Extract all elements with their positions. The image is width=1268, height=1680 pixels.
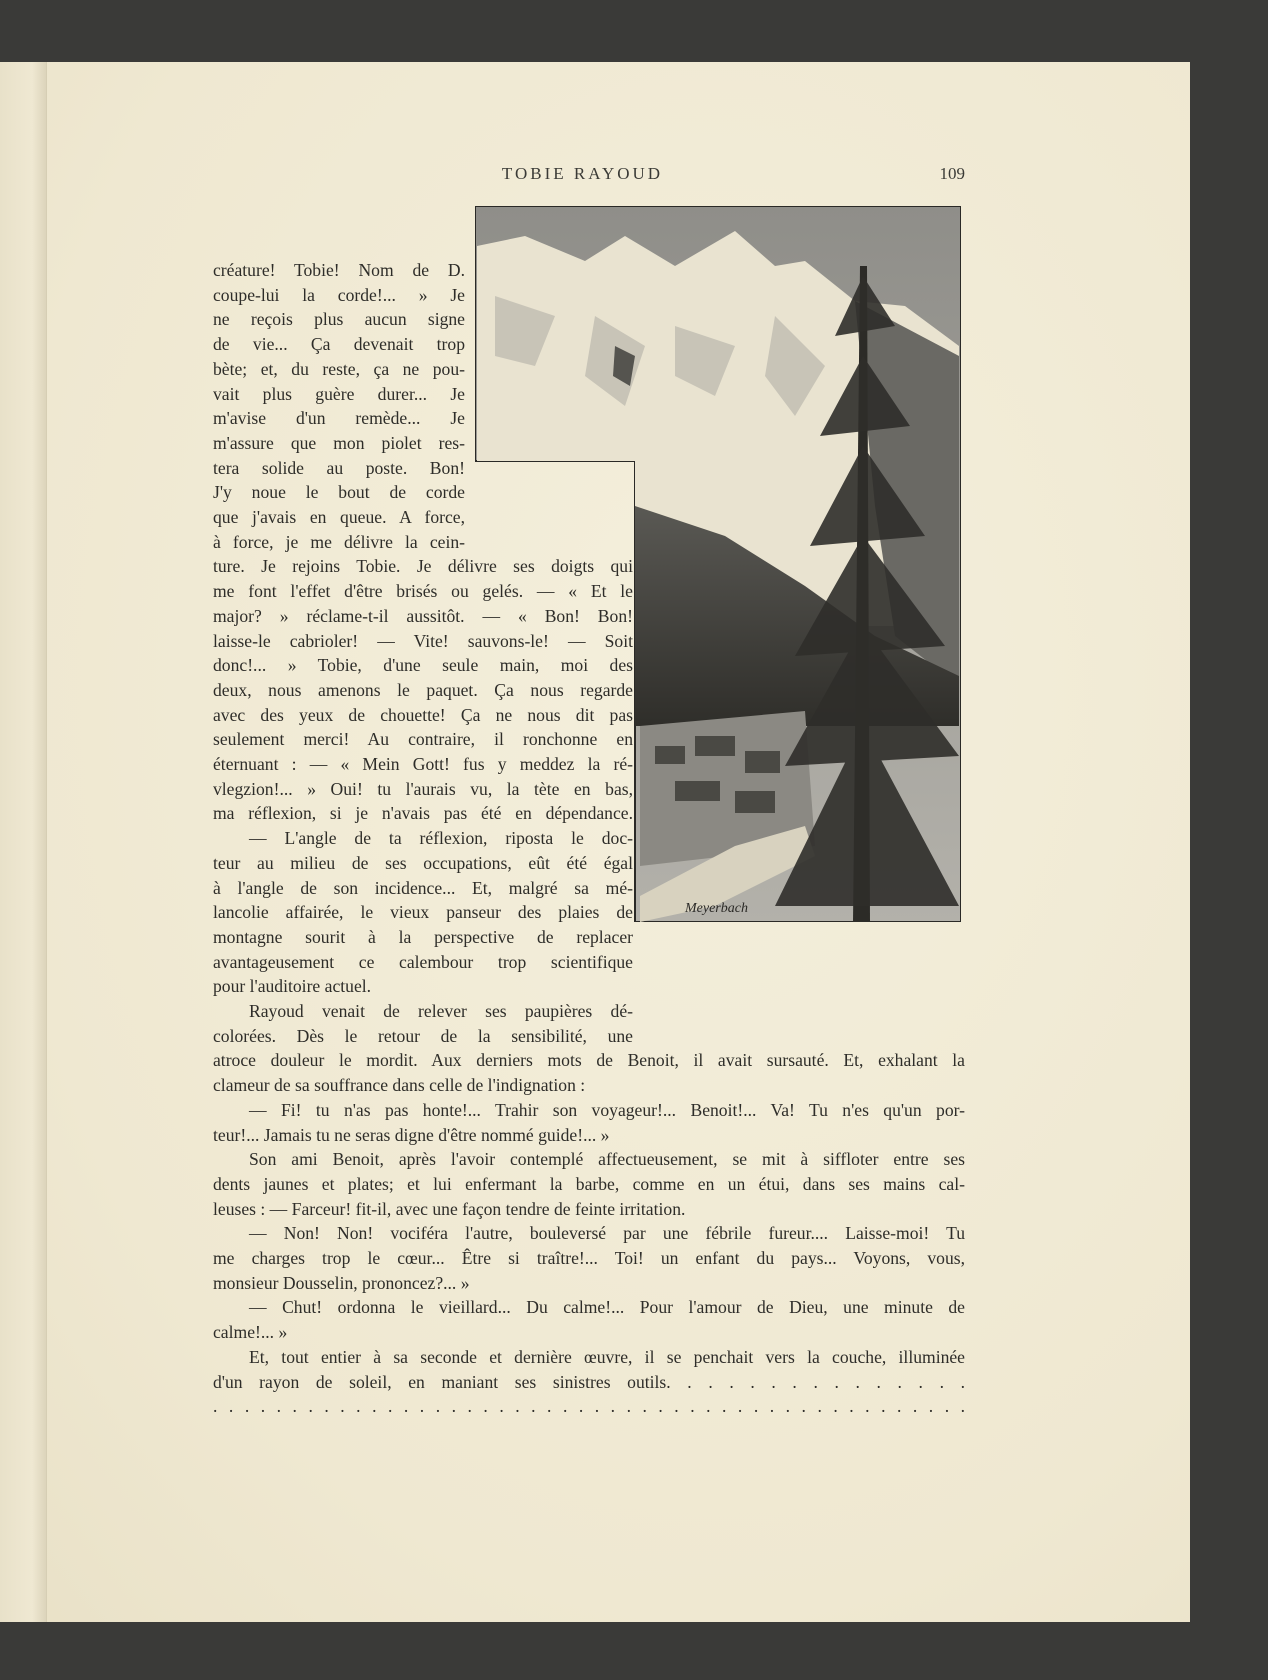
text-line: dents jaunes et plates; et lui enfermant… [213,1172,965,1197]
text-line: colorées. Dès le retour de la sensibilit… [213,1024,633,1049]
text-line: éternuant : — « Mein Gott! fus y meddez … [213,752,633,777]
text-line: teur au milieu de ses occupations, eût é… [213,851,633,876]
text-line: monsieur Dousselin, prononcez?... » [213,1271,965,1296]
text-line: calme!... » [213,1320,965,1345]
text-line: m'assure que mon piolet res- [213,431,465,456]
text-line: clameur de sa souffrance dans celle de l… [213,1073,965,1098]
text-line: atroce douleur le mordit. Aux derniers m… [213,1048,965,1073]
text-line: Son ami Benoit, après l'avoir contemplé … [213,1147,965,1172]
text-line: créature! Tobie! Nom de D. [213,258,465,283]
text-line: seulement merci! Au contraire, il roncho… [213,727,633,752]
text-line: deux, nous amenons le paquet. Ça nous re… [213,678,633,703]
text-line: — Chut! ordonna le vieillard... Du calme… [213,1295,965,1320]
text-line: vait plus guère durer... Je [213,382,465,407]
artist-signature: Meyerbach [684,901,748,916]
text-line: — Non! Non! vociféra l'autre, bouleversé… [213,1221,965,1246]
text-line: donc!... » Tobie, d'une seule main, moi … [213,653,633,678]
running-title: TOBIE RAYOUD [200,164,965,184]
text-line: que j'avais en queue. A force, [213,505,465,530]
text-line: major? » réclame-t-il aussitôt. — « Bon!… [213,604,633,629]
text-line: d'un rayon de soleil, en maniant ses sin… [213,1370,965,1395]
text-line: de vie... Ça devenait trop [213,332,465,357]
text-line: tera solide au poste. Bon! [213,456,465,481]
text-line: à force, je me délivre la cein- [213,530,465,555]
text-line: — Fi! tu n'as pas honte!... Trahir son v… [213,1098,965,1123]
text-line: ma réflexion, si je n'avais pas été en d… [213,801,633,826]
text-line: à l'angle de son incidence... Et, malgré… [213,876,633,901]
text-line: m'avise d'un remède... Je [213,406,465,431]
text-line: leuses : — Farceur! fit-il, avec une faç… [213,1197,965,1222]
text-line: vlegzion!... » Oui! tu l'aurais vu, la t… [213,777,633,802]
text-line: lancolie affairée, le vieux panseur des … [213,900,633,925]
text-line: coupe-lui la corde!... » Je [213,283,465,308]
text-line: laisse-le cabrioler! — Vite! sauvons-le!… [213,629,633,654]
page-header: TOBIE RAYOUD 109 [200,164,965,188]
text-line: pour l'auditoire actuel. [213,974,633,999]
text-line: montagne sourit à la perspective de repl… [213,925,633,950]
text-line: me charges trop le cœur... Être si traît… [213,1246,965,1271]
text-line: avantageusement ce calembour trop scient… [213,950,633,975]
text-line: avec des yeux de chouette! Ça ne nous di… [213,703,633,728]
text-line: — L'angle de ta réflexion, riposta le do… [213,826,633,851]
text-line: Rayoud venait de relever ses paupières d… [213,999,633,1024]
text-line: ture. Je rejoins Tobie. Je délivre ses d… [213,554,633,579]
text-line: teur!... Jamais tu ne seras digne d'être… [213,1123,965,1148]
text-line: me font l'effet d'être brisés ou gelés. … [213,579,633,604]
text-line: Et, tout entier à sa seconde et dernière… [213,1345,965,1370]
text-line: J'y noue le bout de corde [213,480,465,505]
text-line: . . . . . . . . . . . . . . . . . . . . … [213,1394,965,1419]
page-number: 109 [940,164,966,184]
book-gutter [0,62,47,1622]
text-line: ne reçois plus aucun signe [213,307,465,332]
text-line: bète; et, du reste, ça ne pou- [213,357,465,382]
